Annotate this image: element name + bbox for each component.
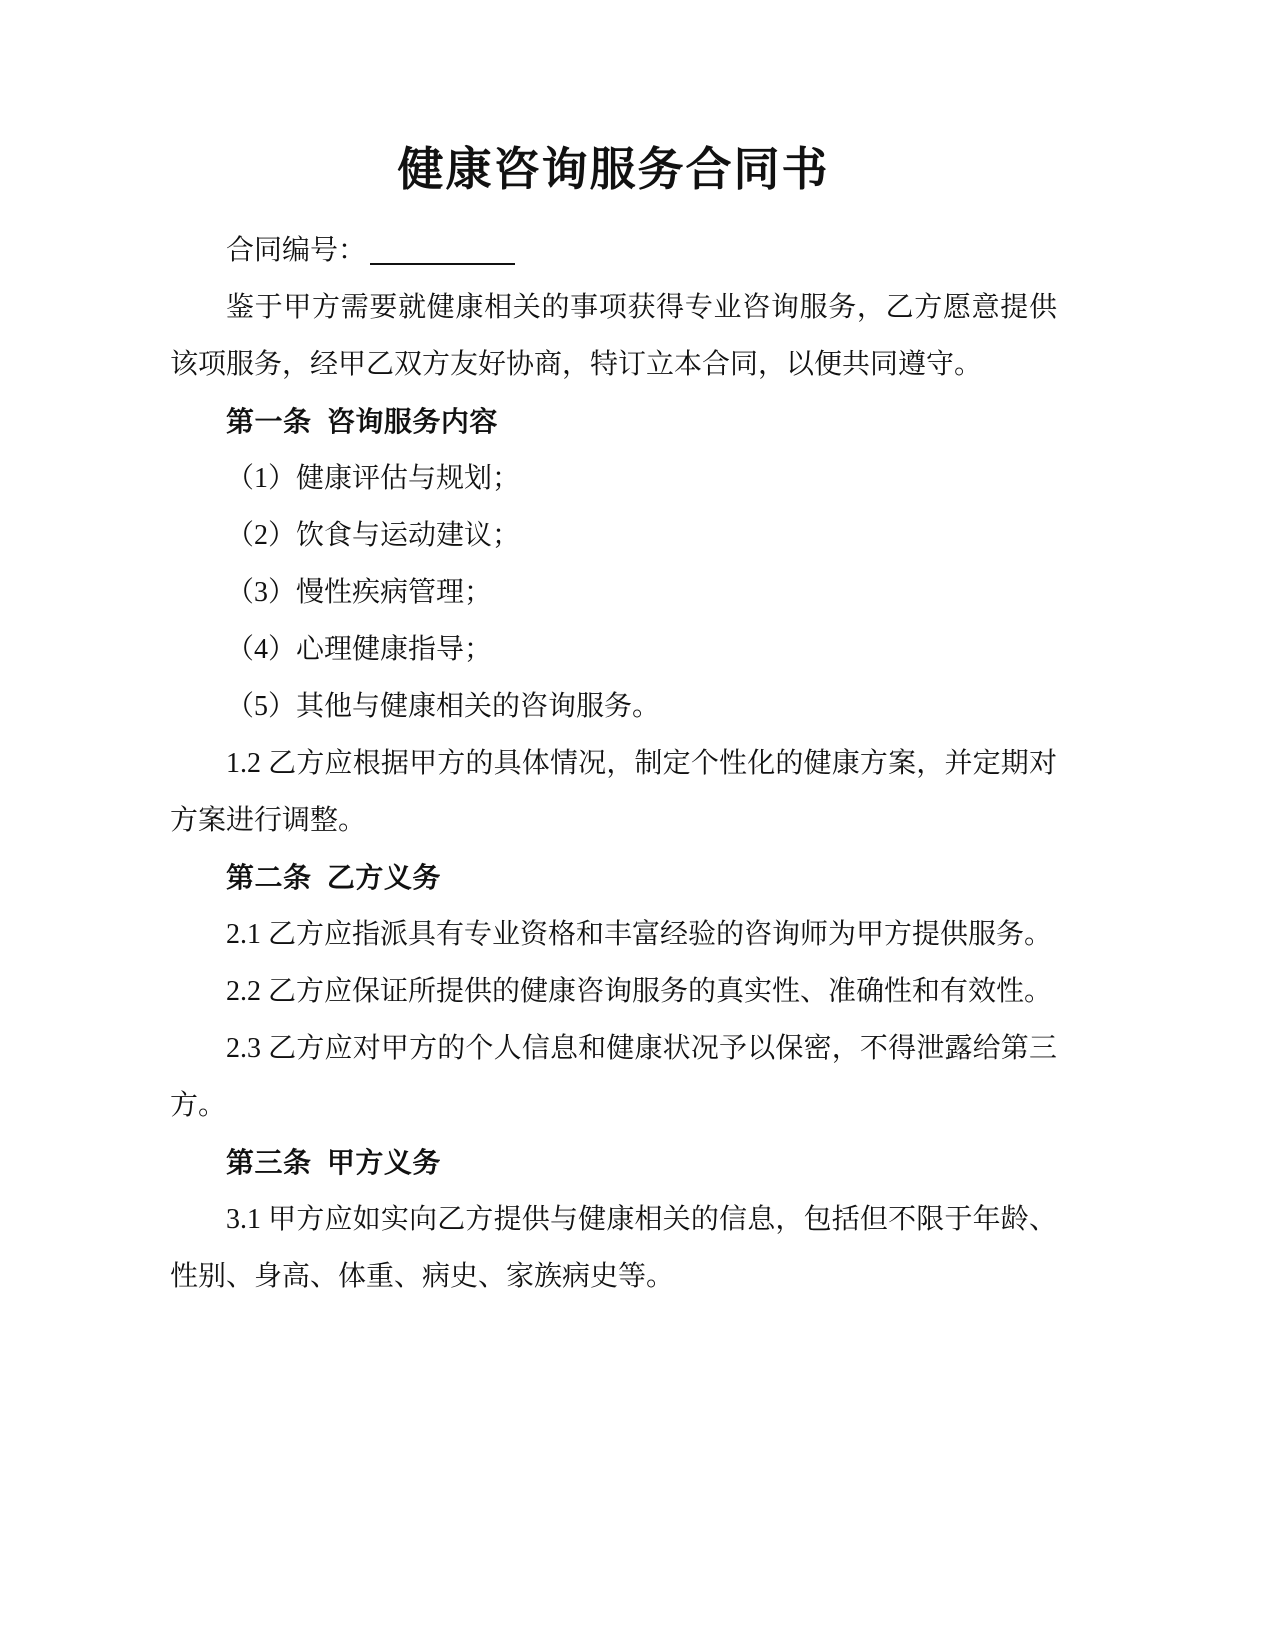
section-heading: 第二条乙方义务 xyxy=(170,849,1057,906)
section-number: 第一条 xyxy=(226,406,312,437)
clause-paragraph: 1.2 乙方应根据甲方的具体情况，制定个性化的健康方案，并定期对方案进行调整。 xyxy=(170,735,1057,849)
list-item: （1）健康评估与规划； xyxy=(170,450,1057,507)
section-number: 第二条 xyxy=(226,862,312,893)
list-item: （2）饮食与运动建议； xyxy=(170,507,1057,564)
section-title: 咨询服务内容 xyxy=(327,406,498,437)
clause-paragraph: 2.1 乙方应指派具有专业资格和丰富经验的咨询师为甲方提供服务。 xyxy=(170,906,1057,963)
contract-number-label: 合同编号： xyxy=(226,235,366,266)
list-item: （4）心理健康指导； xyxy=(170,621,1057,678)
intro-paragraph: 鉴于甲方需要就健康相关的事项获得专业咨询服务，乙方愿意提供该项服务，经甲乙双方友… xyxy=(170,279,1057,393)
section-number: 第三条 xyxy=(226,1147,312,1178)
contract-document-page: 健康咨询服务合同书 合同编号： 鉴于甲方需要就健康相关的事项获得专业咨询服务，乙… xyxy=(0,0,1275,1650)
section-article-1: 第一条咨询服务内容 （1）健康评估与规划； （2）饮食与运动建议； （3）慢性疾… xyxy=(170,393,1057,849)
section-title: 甲方义务 xyxy=(327,1147,441,1178)
clause-paragraph: 2.2 乙方应保证所提供的健康咨询服务的真实性、准确性和有效性。 xyxy=(170,963,1057,1020)
list-item: （5）其他与健康相关的咨询服务。 xyxy=(170,678,1057,735)
contract-number-line: 合同编号： xyxy=(170,222,1057,279)
clause-paragraph: 3.1 甲方应如实向乙方提供与健康相关的信息，包括但不限于年龄、性别、身高、体重… xyxy=(170,1191,1057,1305)
section-article-2: 第二条乙方义务 2.1 乙方应指派具有专业资格和丰富经验的咨询师为甲方提供服务。… xyxy=(170,849,1057,1134)
section-title: 乙方义务 xyxy=(327,862,441,893)
list-item: （3）慢性疾病管理； xyxy=(170,564,1057,621)
section-heading: 第一条咨询服务内容 xyxy=(170,393,1057,450)
contract-number-blank-field xyxy=(370,233,515,265)
section-heading: 第三条甲方义务 xyxy=(170,1134,1057,1191)
clause-paragraph: 2.3 乙方应对甲方的个人信息和健康状况予以保密，不得泄露给第三方。 xyxy=(170,1020,1057,1134)
section-article-3: 第三条甲方义务 3.1 甲方应如实向乙方提供与健康相关的信息，包括但不限于年龄、… xyxy=(170,1134,1057,1305)
document-title: 健康咨询服务合同书 xyxy=(170,140,1057,200)
